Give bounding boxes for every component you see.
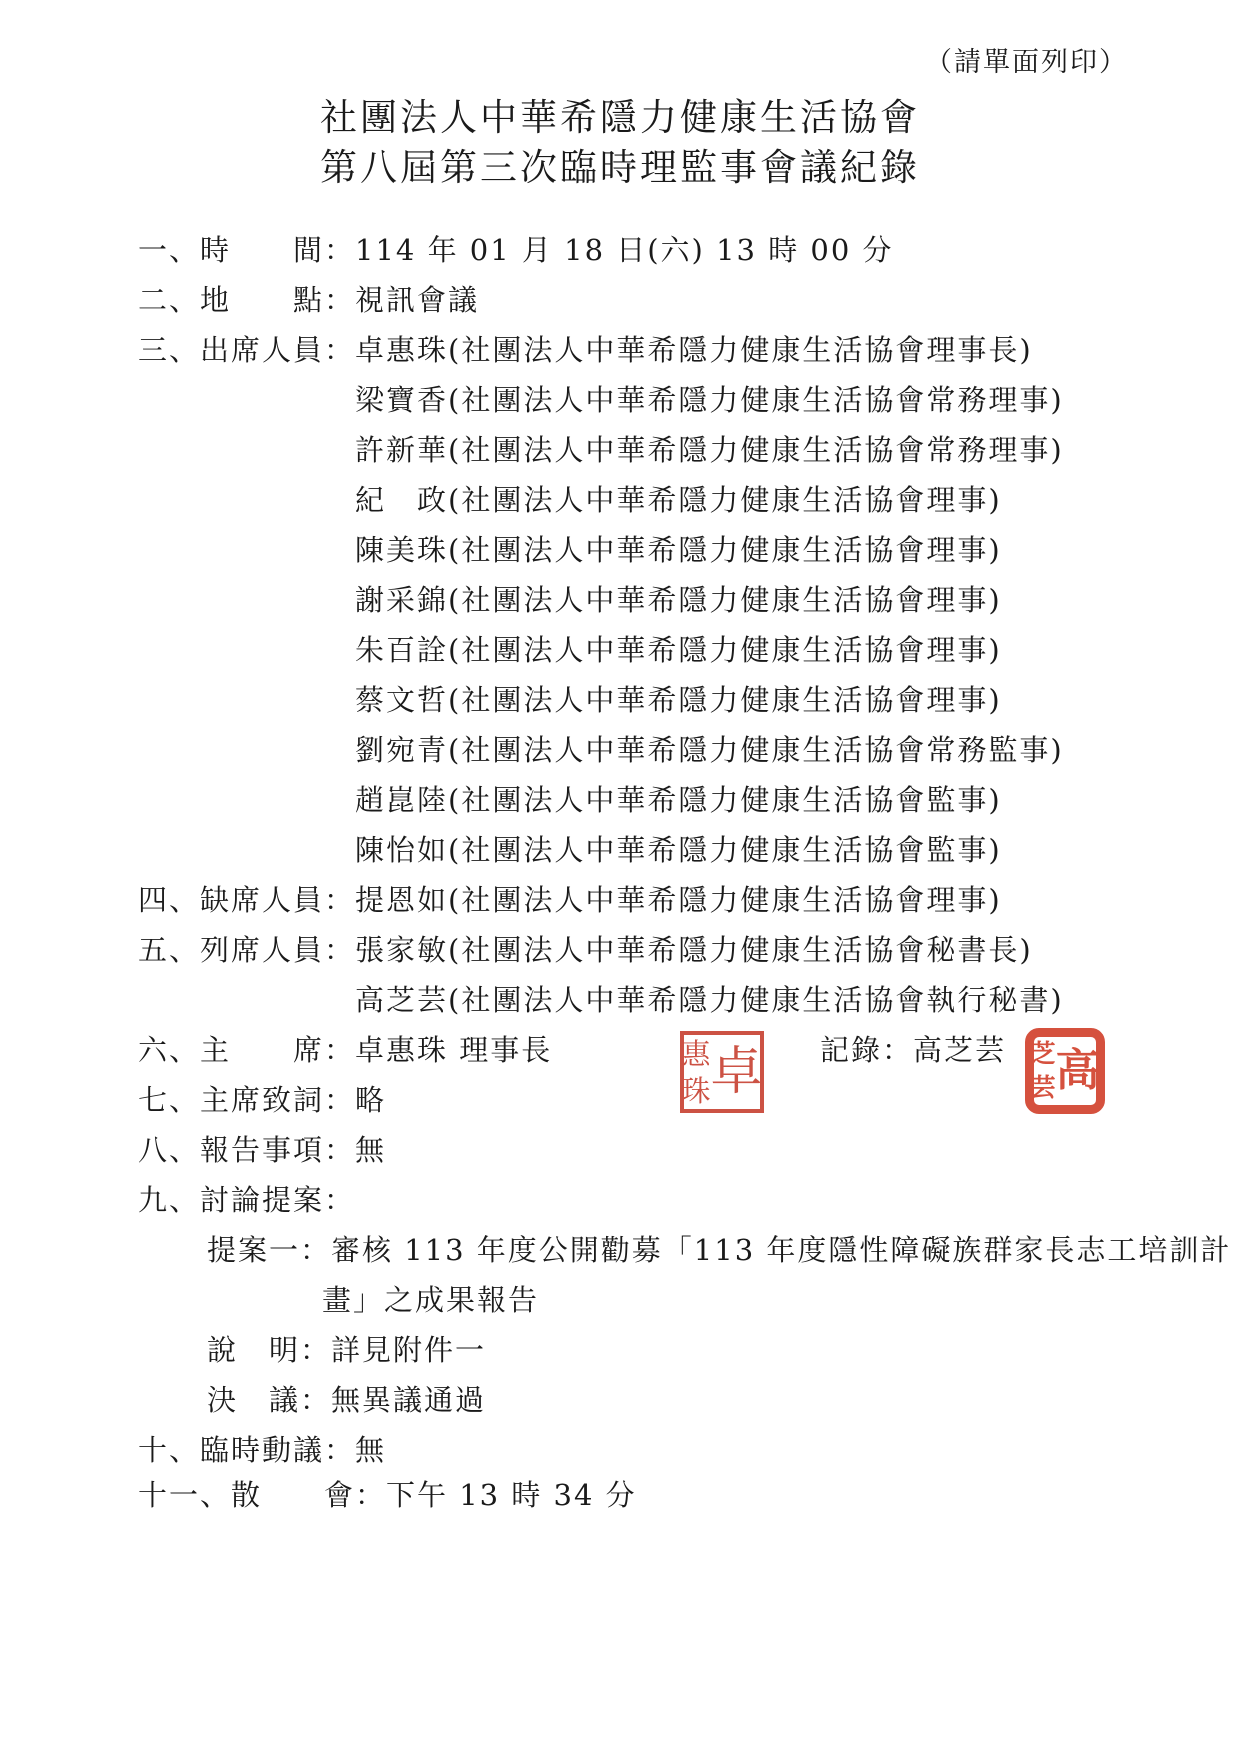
seal-right-column: 高 [1056, 1040, 1100, 1102]
doc-line: 陳美珠(社團法人中華希隱力健康生活協會理事) [138, 525, 1213, 575]
doc-line: 九、討論提案： [138, 1175, 1213, 1225]
doc-line: 許新華(社團法人中華希隱力健康生活協會常務理事) [138, 425, 1213, 475]
title-block: 社團法人中華希隱力健康生活協會 第八屆第三次臨時理監事會議紀錄 [0, 93, 1240, 193]
seal-char: 芸 [1031, 1072, 1056, 1104]
doc-line: 陳怡如(社團法人中華希隱力健康生活協會監事) [138, 825, 1213, 875]
chairman-seal-stamp: 惠 珠 卓 [680, 1031, 764, 1113]
doc-line: 謝采錦(社團法人中華希隱力健康生活協會理事) [138, 575, 1213, 625]
doc-line: 十一、散 會：下午 13 時 34 分 [138, 1475, 1213, 1515]
seal-right-column: 卓 [711, 1036, 763, 1108]
doc-line: 趙崑陸(社團法人中華希隱力健康生活協會監事) [138, 775, 1213, 825]
seal-left-column: 惠 珠 [681, 1035, 710, 1109]
doc-line: 畫」之成果報告 [138, 1275, 1213, 1325]
doc-line: 高芝芸(社團法人中華希隱力健康生活協會執行秘書) [138, 975, 1213, 1025]
seal-char: 珠 [681, 1073, 710, 1109]
doc-line: 劉宛青(社團法人中華希隱力健康生活協會常務監事) [138, 725, 1213, 775]
doc-line: 二、地 點：視訊會議 [138, 275, 1213, 325]
doc-line: 朱百詮(社團法人中華希隱力健康生活協會理事) [138, 625, 1213, 675]
doc-line: 蔡文哲(社團法人中華希隱力健康生活協會理事) [138, 675, 1213, 725]
seal-char: 高 [1056, 1040, 1100, 1102]
print-note: （請單面列印） [925, 40, 1128, 79]
recorder-label: 記錄：高芝芸 [820, 1025, 1006, 1075]
doc-line: 梁寶香(社團法人中華希隱力健康生活協會常務理事) [138, 375, 1213, 425]
document-page: （請單面列印） 社團法人中華希隱力健康生活協會 第八屆第三次臨時理監事會議紀錄 … [0, 0, 1240, 1754]
doc-line: 三、出席人員：卓惠珠(社團法人中華希隱力健康生活協會理事長) [138, 325, 1213, 375]
doc-title-line1: 社團法人中華希隱力健康生活協會 [0, 93, 1240, 143]
doc-line: 決 議：無異議通過 [138, 1375, 1213, 1425]
recorder-seal-stamp: 芝 芸 高 [1025, 1028, 1105, 1114]
seal-left-column: 芝 芸 [1031, 1037, 1056, 1105]
doc-line: 一、時 間：114 年 01 月 18 日(六) 13 時 00 分 [138, 225, 1213, 275]
doc-line: 說 明：詳見附件一 [138, 1325, 1213, 1375]
doc-line: 四、缺席人員：提恩如(社團法人中華希隱力健康生活協會理事) [138, 875, 1213, 925]
document-body: 一、時 間：114 年 01 月 18 日(六) 13 時 00 分二、地 點：… [138, 225, 1213, 1515]
seal-char: 卓 [711, 1036, 763, 1108]
doc-line: 紀 政(社團法人中華希隱力健康生活協會理事) [138, 475, 1213, 525]
seal-char: 惠 [681, 1036, 710, 1072]
seal-char: 芝 [1031, 1038, 1056, 1070]
doc-line: 提案一：審核 113 年度公開勸募「113 年度隱性障礙族群家長志工培訓計 [138, 1225, 1213, 1275]
doc-line: 五、列席人員：張家敏(社團法人中華希隱力健康生活協會秘書長) [138, 925, 1213, 975]
doc-title-line2: 第八屆第三次臨時理監事會議紀錄 [0, 143, 1240, 193]
doc-line: 十、臨時動議：無 [138, 1425, 1213, 1475]
doc-line: 八、報告事項：無 [138, 1125, 1213, 1175]
